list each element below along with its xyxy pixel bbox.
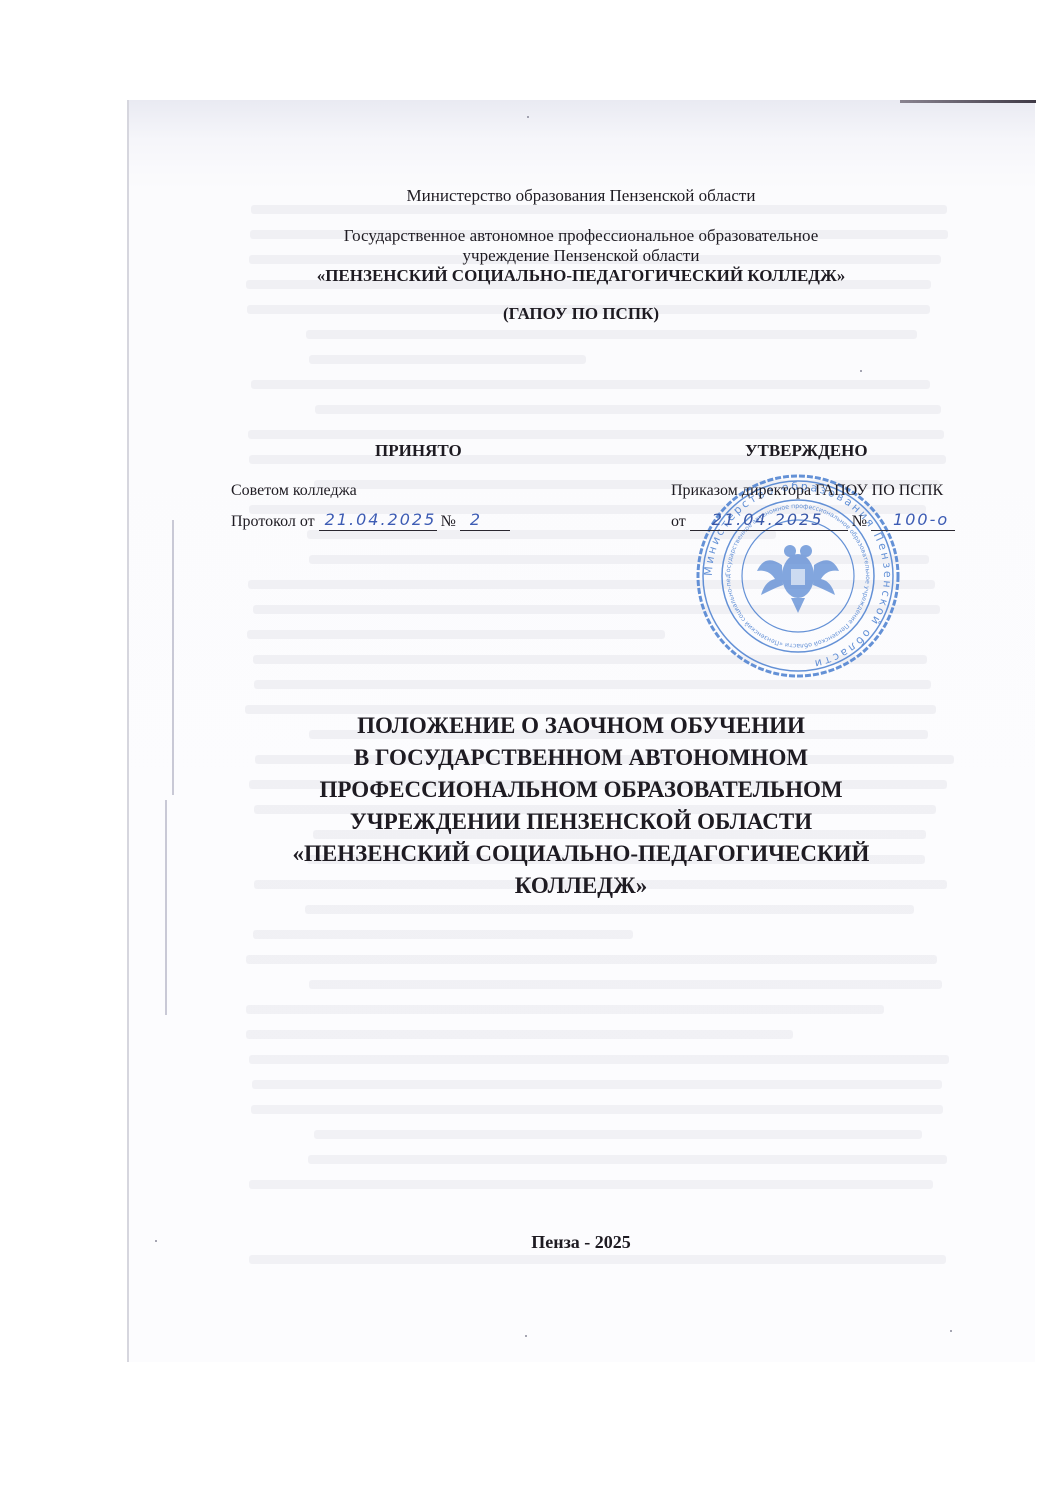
scan-speck xyxy=(860,370,862,372)
bleed-line xyxy=(314,1130,923,1139)
protocol-date-field: 21.04.2025 xyxy=(319,510,437,531)
ministry-name: Министерство образования Пензенской обла… xyxy=(127,186,1035,206)
organization-name: «ПЕНЗЕНСКИЙ СОЦИАЛЬНО-ПЕДАГОГИЧЕСКИЙ КОЛ… xyxy=(127,266,1035,286)
approved-order: от 21.04.2025 № 100-о xyxy=(671,510,955,531)
bleed-line xyxy=(309,980,942,989)
scan-speck xyxy=(527,116,529,118)
bleed-line xyxy=(246,1005,883,1014)
bleed-line xyxy=(251,205,948,214)
accepted-heading: ПРИНЯТО xyxy=(375,441,462,461)
scan-speck xyxy=(525,1335,527,1337)
title-line: ПОЛОЖЕНИЕ О ЗАОЧНОМ ОБУЧЕНИИ xyxy=(127,710,1035,742)
bleed-line xyxy=(249,1180,933,1189)
bleed-line xyxy=(246,955,938,964)
title-line: ПРОФЕССИОНАЛЬНОМ ОБРАЗОВАТЕЛЬНОМ xyxy=(127,774,1035,806)
accepted-by: Советом колледжа xyxy=(231,482,357,500)
bleed-line xyxy=(254,680,932,689)
protocol-date: 21.04.2025 xyxy=(325,510,437,529)
title-line: В ГОСУДАРСТВЕННОМ АВТОНОМНОМ xyxy=(127,742,1035,774)
bleed-line xyxy=(309,355,586,364)
bleed-line xyxy=(248,430,943,439)
official-seal-stamp: Министерство образования Пензенской обла… xyxy=(695,473,901,679)
title-line: КОЛЛЕДЖ» xyxy=(127,870,1035,902)
order-number: 100-о xyxy=(893,510,949,529)
organization-line-2: учреждение Пензенской области xyxy=(127,246,1035,266)
bleed-line xyxy=(305,905,914,914)
order-date-field: 21.04.2025 xyxy=(690,510,848,531)
title-line: «ПЕНЗЕНСКИЙ СОЦИАЛЬНО-ПЕДАГОГИЧЕСКИЙ xyxy=(127,838,1035,870)
approved-heading: УТВЕРЖДЕНО xyxy=(745,441,868,461)
bleed-line xyxy=(249,1055,949,1064)
order-date-prefix: от xyxy=(671,513,686,530)
bleed-line xyxy=(308,1155,947,1164)
order-number-sign: № xyxy=(852,513,867,530)
bleed-line xyxy=(251,380,931,389)
order-number-field: 100-о xyxy=(871,510,955,531)
document-title: ПОЛОЖЕНИЕ О ЗАОЧНОМ ОБУЧЕНИИ В ГОСУДАРСТ… xyxy=(127,710,1035,902)
protocol-prefix: Протокол от xyxy=(231,513,315,530)
organization-line-1: Государственное автономное профессиональ… xyxy=(127,226,1035,246)
city-year: Пенза - 2025 xyxy=(127,1232,1035,1253)
title-line: УЧРЕЖДЕНИИ ПЕНЗЕНСКОЙ ОБЛАСТИ xyxy=(127,806,1035,838)
accepted-protocol: Протокол от 21.04.2025 № 2 xyxy=(231,510,510,531)
bleed-line xyxy=(252,1080,942,1089)
protocol-number-sign: № xyxy=(441,513,456,530)
page-top-edge-shadow xyxy=(900,100,1036,103)
bleed-line xyxy=(306,330,918,339)
approved-by: Приказом директора ГАПОУ ПО ПСПК xyxy=(671,482,943,500)
bleed-line xyxy=(251,1105,943,1114)
order-date: 21.04.2025 xyxy=(712,510,824,529)
organization-abbreviation: (ГАПОУ ПО ПСПК) xyxy=(127,304,1035,324)
scan-speck xyxy=(155,1240,157,1242)
protocol-number: 2 xyxy=(470,510,482,529)
bleed-line xyxy=(315,405,942,414)
bleed-line xyxy=(247,630,665,639)
bleed-line xyxy=(246,1030,793,1039)
scan-speck xyxy=(950,1330,952,1332)
organization-full-name: Государственное автономное профессиональ… xyxy=(127,226,1035,266)
protocol-number-field: 2 xyxy=(460,510,510,531)
bleed-line xyxy=(253,930,633,939)
bleed-line xyxy=(249,1255,945,1264)
